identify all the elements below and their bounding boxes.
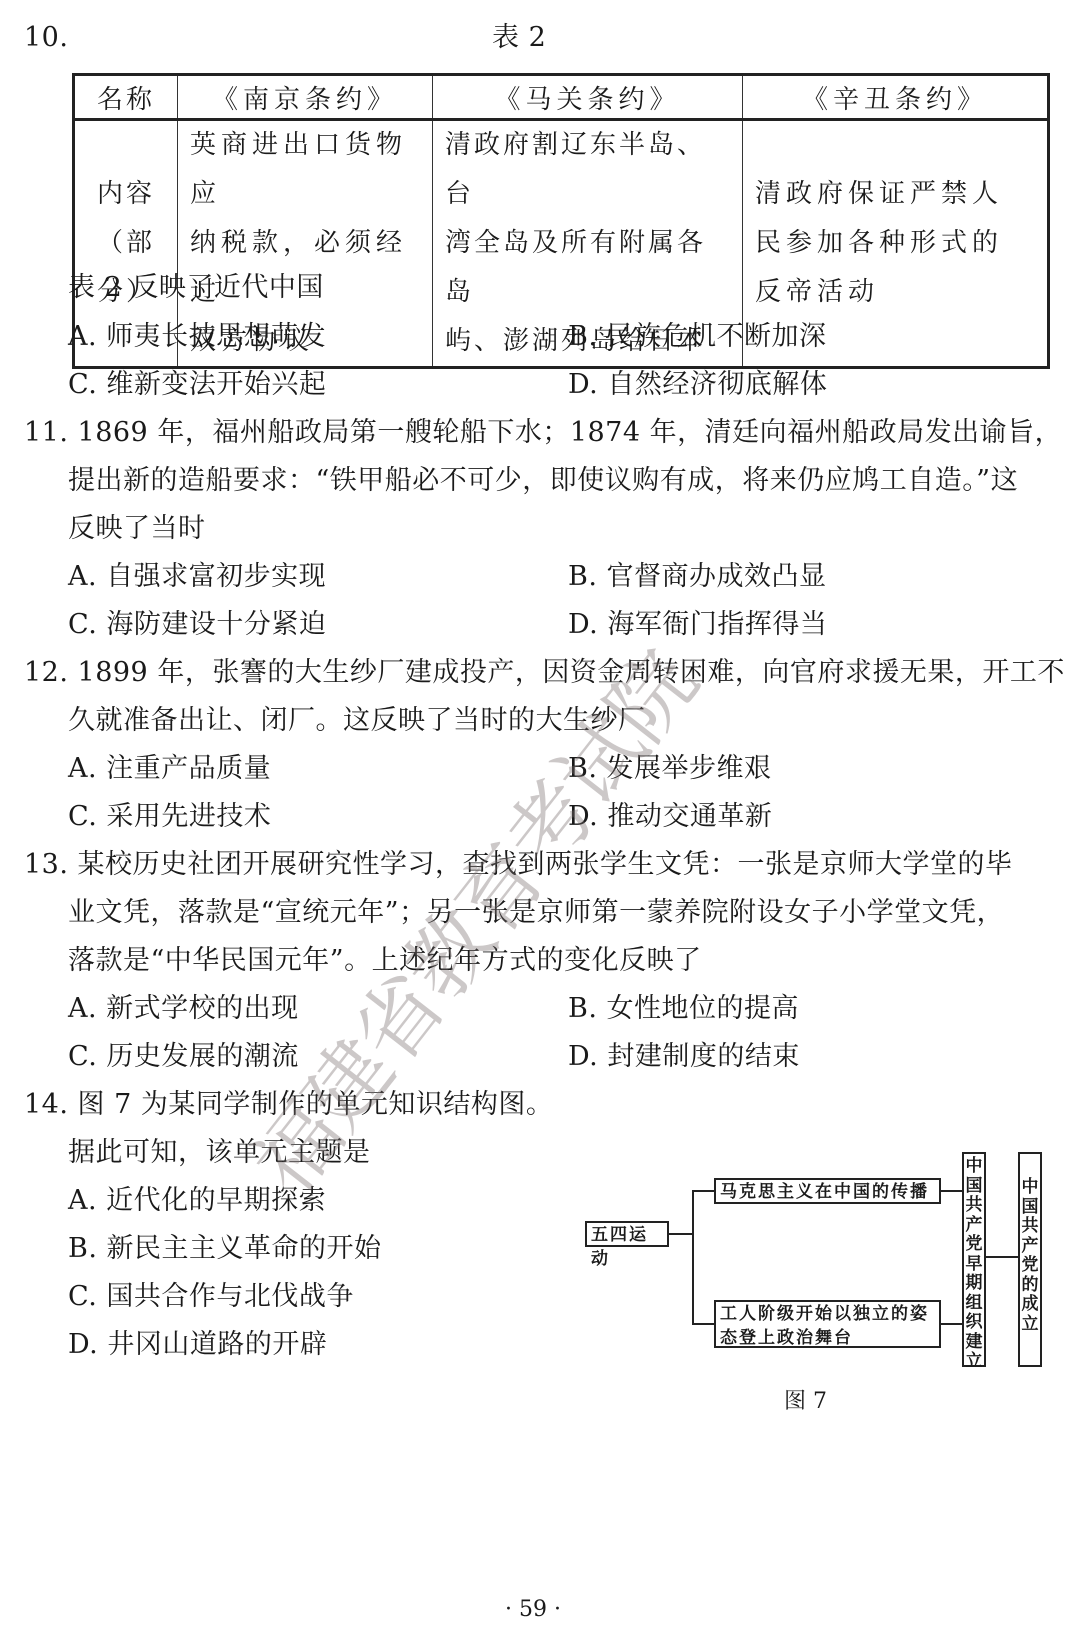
q12-option-c[interactable]: C. 采用先进技术	[68, 800, 271, 834]
connector	[692, 1190, 694, 1324]
connector	[986, 1256, 1018, 1258]
header-boxer-protocol: 《辛丑条约》	[743, 75, 1049, 120]
vchar: 中	[964, 1157, 984, 1177]
vchar: 国	[964, 1177, 984, 1197]
q11-option-b[interactable]: B. 官督商办成效凸显	[568, 560, 827, 594]
q14-option-c[interactable]: C. 国共合作与北伐战争	[68, 1280, 354, 1314]
diagram-branch-working-class: 工人阶级开始以独立的姿 态登上政治舞台	[714, 1300, 941, 1348]
header-shimonoseki-treaty: 《马关条约》	[433, 75, 743, 120]
vchar: 成	[1020, 1295, 1040, 1315]
question-11-line-2: 提出新的造船要求：“铁甲船必不可少，即使议购有成，将来仍应鸠工自造。”这	[68, 464, 1018, 498]
branch-line: 工人阶级开始以独立的姿	[720, 1302, 935, 1326]
vchar: 的	[1020, 1276, 1040, 1296]
diagram-branch-marxism: 马克思主义在中国的传播	[714, 1178, 941, 1204]
connector	[692, 1190, 714, 1192]
question-11-line-1: 11. 1869 年，福州船政局第一艘轮船下水；1874 年，清廷向福州船政局发…	[24, 416, 1062, 450]
q13-option-c[interactable]: C. 历史发展的潮流	[68, 1040, 299, 1074]
cell-line: 清政府保证严禁人	[755, 170, 1035, 219]
vchar: 期	[964, 1274, 984, 1294]
vchar: 国	[1020, 1198, 1040, 1218]
q14-option-a[interactable]: A. 近代化的早期探索	[68, 1184, 326, 1218]
cell-line: 民参加各种形式的	[755, 219, 1035, 268]
vchar: 组	[964, 1294, 984, 1314]
q11-option-a[interactable]: A. 自强求富初步实现	[68, 560, 326, 594]
q11-option-c[interactable]: C. 海防建设十分紧迫	[68, 608, 326, 642]
figure-7-diagram: 五四运动 马克思主义在中国的传播 工人阶级开始以独立的姿 态登上政治舞台 中 国…	[560, 1150, 1060, 1370]
vchar: 产	[964, 1216, 984, 1236]
cell-line: 清政府割辽东半岛、台	[445, 121, 730, 219]
connector	[941, 1190, 962, 1192]
table-2-caption: 表 2	[492, 21, 546, 55]
vchar: 共	[964, 1196, 984, 1216]
q13-option-d[interactable]: D. 封建制度的结束	[568, 1040, 800, 1074]
q14-option-d[interactable]: D. 井冈山道路的开辟	[68, 1328, 327, 1362]
question-13-line-1: 13. 某校历史社团开展研究性学习，查找到两张学生文凭：一张是京师大学堂的毕	[24, 848, 1013, 882]
page-number: · 59 ·	[505, 1597, 561, 1622]
q12-option-a[interactable]: A. 注重产品质量	[68, 752, 271, 786]
q12-option-d[interactable]: D. 推动交通革新	[568, 800, 772, 834]
question-10-number: 10.	[24, 21, 68, 55]
header-name: 名称	[74, 75, 178, 120]
connector	[941, 1323, 962, 1325]
diagram-early-cpc-organizations: 中 国 共 产 党 早 期 组 织 建 立	[962, 1152, 986, 1367]
branch-line: 态登上政治舞台	[720, 1326, 935, 1350]
cell-line: 反帝活动	[755, 268, 1035, 317]
q10-option-d[interactable]: D. 自然经济彻底解体	[568, 368, 827, 402]
q14-option-b[interactable]: B. 新民主主义革命的开始	[68, 1232, 382, 1266]
q10-option-b[interactable]: B. 民族危机不断加深	[568, 320, 827, 354]
question-11-line-3: 反映了当时	[68, 512, 206, 546]
vchar: 立	[1020, 1315, 1040, 1335]
question-10-stem: 表 2 反映了近代中国	[68, 271, 324, 305]
q10-option-a[interactable]: A. 师夷长技思想萌发	[68, 320, 326, 354]
question-13-line-2: 业文凭，落款是“宣统元年”；另一张是京师第一蒙养院附设女子小学堂文凭，	[68, 896, 1004, 930]
row-label-line: 内容	[81, 170, 171, 219]
question-13-line-3: 落款是“中华民国元年”。上述纪年方式的变化反映了	[68, 944, 702, 978]
vchar: 中	[1020, 1178, 1040, 1198]
q11-option-d[interactable]: D. 海军衙门指挥得当	[568, 608, 827, 642]
table-header-row: 名称 《南京条约》 《马关条约》 《辛丑条约》	[74, 75, 1049, 120]
vchar: 早	[964, 1255, 984, 1275]
vchar: 建	[964, 1333, 984, 1353]
q13-option-a[interactable]: A. 新式学校的出现	[68, 992, 299, 1026]
diagram-cpc-founding: 中 国 共 产 党 的 成 立	[1018, 1152, 1042, 1367]
vchar: 产	[1020, 1237, 1040, 1257]
question-12-line-1: 12. 1899 年，张謇的大生纱厂建成投产，因资金周转困难，向官府求援无果，开…	[24, 656, 1065, 690]
header-nanjing-treaty: 《南京条约》	[178, 75, 433, 120]
diagram-root-may-fourth: 五四运动	[585, 1221, 669, 1247]
vchar: 党	[964, 1235, 984, 1255]
question-14-line-1: 14. 图 7 为某同学制作的单元知识结构图。	[24, 1088, 553, 1122]
vchar: 党	[1020, 1256, 1040, 1276]
cell-line: 英商进出口货物应	[190, 121, 420, 219]
question-14-line-2: 据此可知，该单元主题是	[68, 1136, 371, 1170]
figure-7-caption: 图 7	[784, 1384, 827, 1415]
connector	[692, 1323, 714, 1325]
vchar: 织	[964, 1313, 984, 1333]
connector	[669, 1233, 693, 1235]
vchar: 共	[1020, 1217, 1040, 1237]
question-12-line-2: 久就准备出让、闭厂。这反映了当时的大生纱厂	[68, 704, 646, 738]
q12-option-b[interactable]: B. 发展举步维艰	[568, 752, 772, 786]
q13-option-b[interactable]: B. 女性地位的提高	[568, 992, 799, 1026]
vchar: 立	[964, 1352, 984, 1372]
cell-line: 湾全岛及所有附属各岛	[445, 219, 730, 317]
q10-option-c[interactable]: C. 维新变法开始兴起	[68, 368, 326, 402]
